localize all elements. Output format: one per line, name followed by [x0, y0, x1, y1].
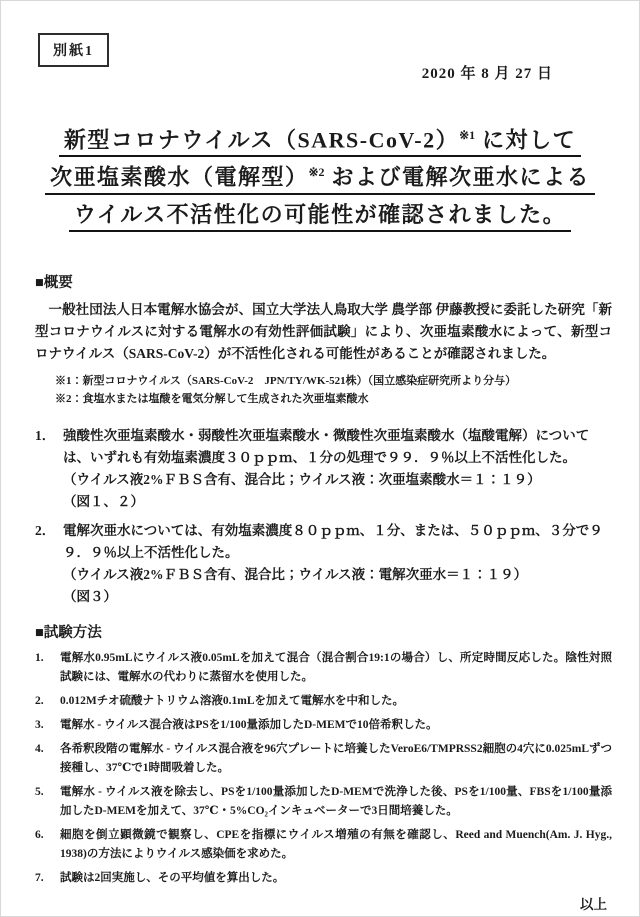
- finding-item-2: 2． 電解次亜水については、有効塩素濃度８０ｐｐｍ、１分、または、５０ｐｐｍ、３…: [35, 520, 612, 608]
- title-line-3-text: ウイルス不活性化の可能性が確認されました。: [69, 204, 571, 232]
- overview-heading: ■概要: [35, 271, 612, 292]
- finding-body: 電解次亜水については、有効塩素濃度８０ｐｐｍ、１分、または、５０ｐｐｍ、３分で９…: [63, 520, 612, 608]
- method-step-number: 7.: [35, 869, 60, 888]
- method-step-4: 4. 各希釈段階の電解水 - ウイルス混合液を96穴プレートに培養したVeroE…: [35, 740, 612, 778]
- title-line-2-text: 次亜塩素酸水（電解型）: [50, 165, 309, 190]
- method-list: 1. 電解水0.95mLにウイルス液0.05mLを加えて混合（混合割合19:1の…: [35, 649, 612, 888]
- document-date: 2020 年 8 月 27 日: [422, 62, 553, 83]
- attachment-tag-label: 別紙1: [53, 44, 94, 59]
- method-step-text: 細胞を倒立顕微鏡で観察し、CPEを指標にウイルス増殖の有無を確認し、Reed a…: [60, 826, 612, 864]
- method-step-text: 電解水 - ウイルス液を除去し、PSを1/100量添加したD-MEMで洗浄した後…: [60, 783, 612, 821]
- title-line-3: ウイルス不活性化の可能性が確認されました。: [0, 204, 640, 241]
- overview-paragraph: 一般社団法人日本電解水協会が、国立大学法人鳥取大学 農学部 伊藤教授に委託した研…: [35, 299, 612, 365]
- method-heading: ■試験方法: [35, 621, 612, 642]
- finding-mix-ratio: （ウイルス液2%ＦＢＳ含有、混合比；ウイルス液：次亜塩素酸水＝１：１９）: [63, 469, 612, 491]
- footnote-ref-2: ※2: [308, 165, 324, 179]
- method-step-text: 0.012Mチオ硫酸ナトリウム溶液0.1mLを加えて電解水を中和した。: [60, 692, 612, 711]
- finding-figure-ref: （図３）: [63, 586, 612, 608]
- title-line-1-tail: に対して: [475, 127, 576, 152]
- document-body: ■概要 一般社団法人日本電解水協会が、国立大学法人鳥取大学 農学部 伊藤教授に委…: [35, 271, 612, 913]
- finding-text: 強酸性次亜塩素酸水・弱酸性次亜塩素酸水・微酸性次亜塩素酸水（塩酸電解）については…: [63, 425, 612, 469]
- method-step-number: 2.: [35, 692, 60, 711]
- footnote-2: ※2：食塩水または塩酸を電気分解して生成された次亜塩素酸水: [55, 390, 612, 408]
- title-line-1-text: 新型コロナウイルス（SARS-CoV-2）: [64, 127, 459, 152]
- finding-number: 2．: [35, 520, 63, 608]
- method-step-2: 2. 0.012Mチオ硫酸ナトリウム溶液0.1mLを加えて電解水を中和した。: [35, 692, 612, 711]
- title-line-2-tail: および電解次亜水による: [325, 165, 591, 190]
- finding-figure-ref: （図１、２）: [63, 491, 612, 513]
- footnotes: ※1：新型コロナウイルス（SARS-CoV-2 JPN/TY/WK-521株）（…: [55, 372, 612, 408]
- method-step-text: 各希釈段階の電解水 - ウイルス混合液を96穴プレートに培養したVeroE6/T…: [60, 740, 612, 778]
- findings-list: 1． 強酸性次亜塩素酸水・弱酸性次亜塩素酸水・微酸性次亜塩素酸水（塩酸電解）につ…: [35, 425, 612, 608]
- method-step-number: 3.: [35, 716, 60, 735]
- closing-phrase: 以上: [35, 893, 612, 913]
- title-line-1: 新型コロナウイルス（SARS-CoV-2）※1 に対して: [0, 129, 640, 166]
- finding-item-1: 1． 強酸性次亜塩素酸水・弱酸性次亜塩素酸水・微酸性次亜塩素酸水（塩酸電解）につ…: [35, 425, 612, 513]
- finding-number: 1．: [35, 425, 63, 513]
- footnote-1: ※1：新型コロナウイルス（SARS-CoV-2 JPN/TY/WK-521株）（…: [55, 372, 612, 390]
- attachment-tag-box: 別紙1: [38, 33, 109, 67]
- method-step-1: 1. 電解水0.95mLにウイルス液0.05mLを加えて混合（混合割合19:1の…: [35, 649, 612, 687]
- finding-mix-ratio: （ウイルス液2%ＦＢＳ含有、混合比；ウイルス液：電解次亜水＝１：１９）: [63, 564, 612, 586]
- footnote-ref-1: ※1: [459, 128, 475, 142]
- method-step-number: 5.: [35, 783, 60, 821]
- method-step-5: 5. 電解水 - ウイルス液を除去し、PSを1/100量添加したD-MEMで洗浄…: [35, 783, 612, 821]
- method-step-text: 電解水 - ウイルス混合液はPSを1/100量添加したD-MEMで10倍希釈した…: [60, 716, 612, 735]
- method-step-text: 試験は2回実施し、その平均値を算出した。: [60, 869, 612, 888]
- method-step-6: 6. 細胞を倒立顕微鏡で観察し、CPEを指標にウイルス増殖の有無を確認し、Ree…: [35, 826, 612, 864]
- method-step-number: 6.: [35, 826, 60, 864]
- title-line-2: 次亜塩素酸水（電解型）※2 および電解次亜水による: [0, 166, 640, 203]
- method-step-text: 電解水0.95mLにウイルス液0.05mLを加えて混合（混合割合19:1の場合）…: [60, 649, 612, 687]
- document-page: 別紙1 2020 年 8 月 27 日 新型コロナウイルス（SARS-CoV-2…: [0, 0, 640, 917]
- finding-body: 強酸性次亜塩素酸水・弱酸性次亜塩素酸水・微酸性次亜塩素酸水（塩酸電解）については…: [63, 425, 612, 513]
- method-step-number: 1.: [35, 649, 60, 687]
- method-step-7: 7. 試験は2回実施し、その平均値を算出した。: [35, 869, 612, 888]
- finding-text: 電解次亜水については、有効塩素濃度８０ｐｐｍ、１分、または、５０ｐｐｍ、３分で９…: [63, 520, 612, 564]
- method-step-number: 4.: [35, 740, 60, 778]
- method-step-3: 3. 電解水 - ウイルス混合液はPSを1/100量添加したD-MEMで10倍希…: [35, 716, 612, 735]
- document-title: 新型コロナウイルス（SARS-CoV-2）※1 に対して 次亜塩素酸水（電解型）…: [0, 129, 640, 241]
